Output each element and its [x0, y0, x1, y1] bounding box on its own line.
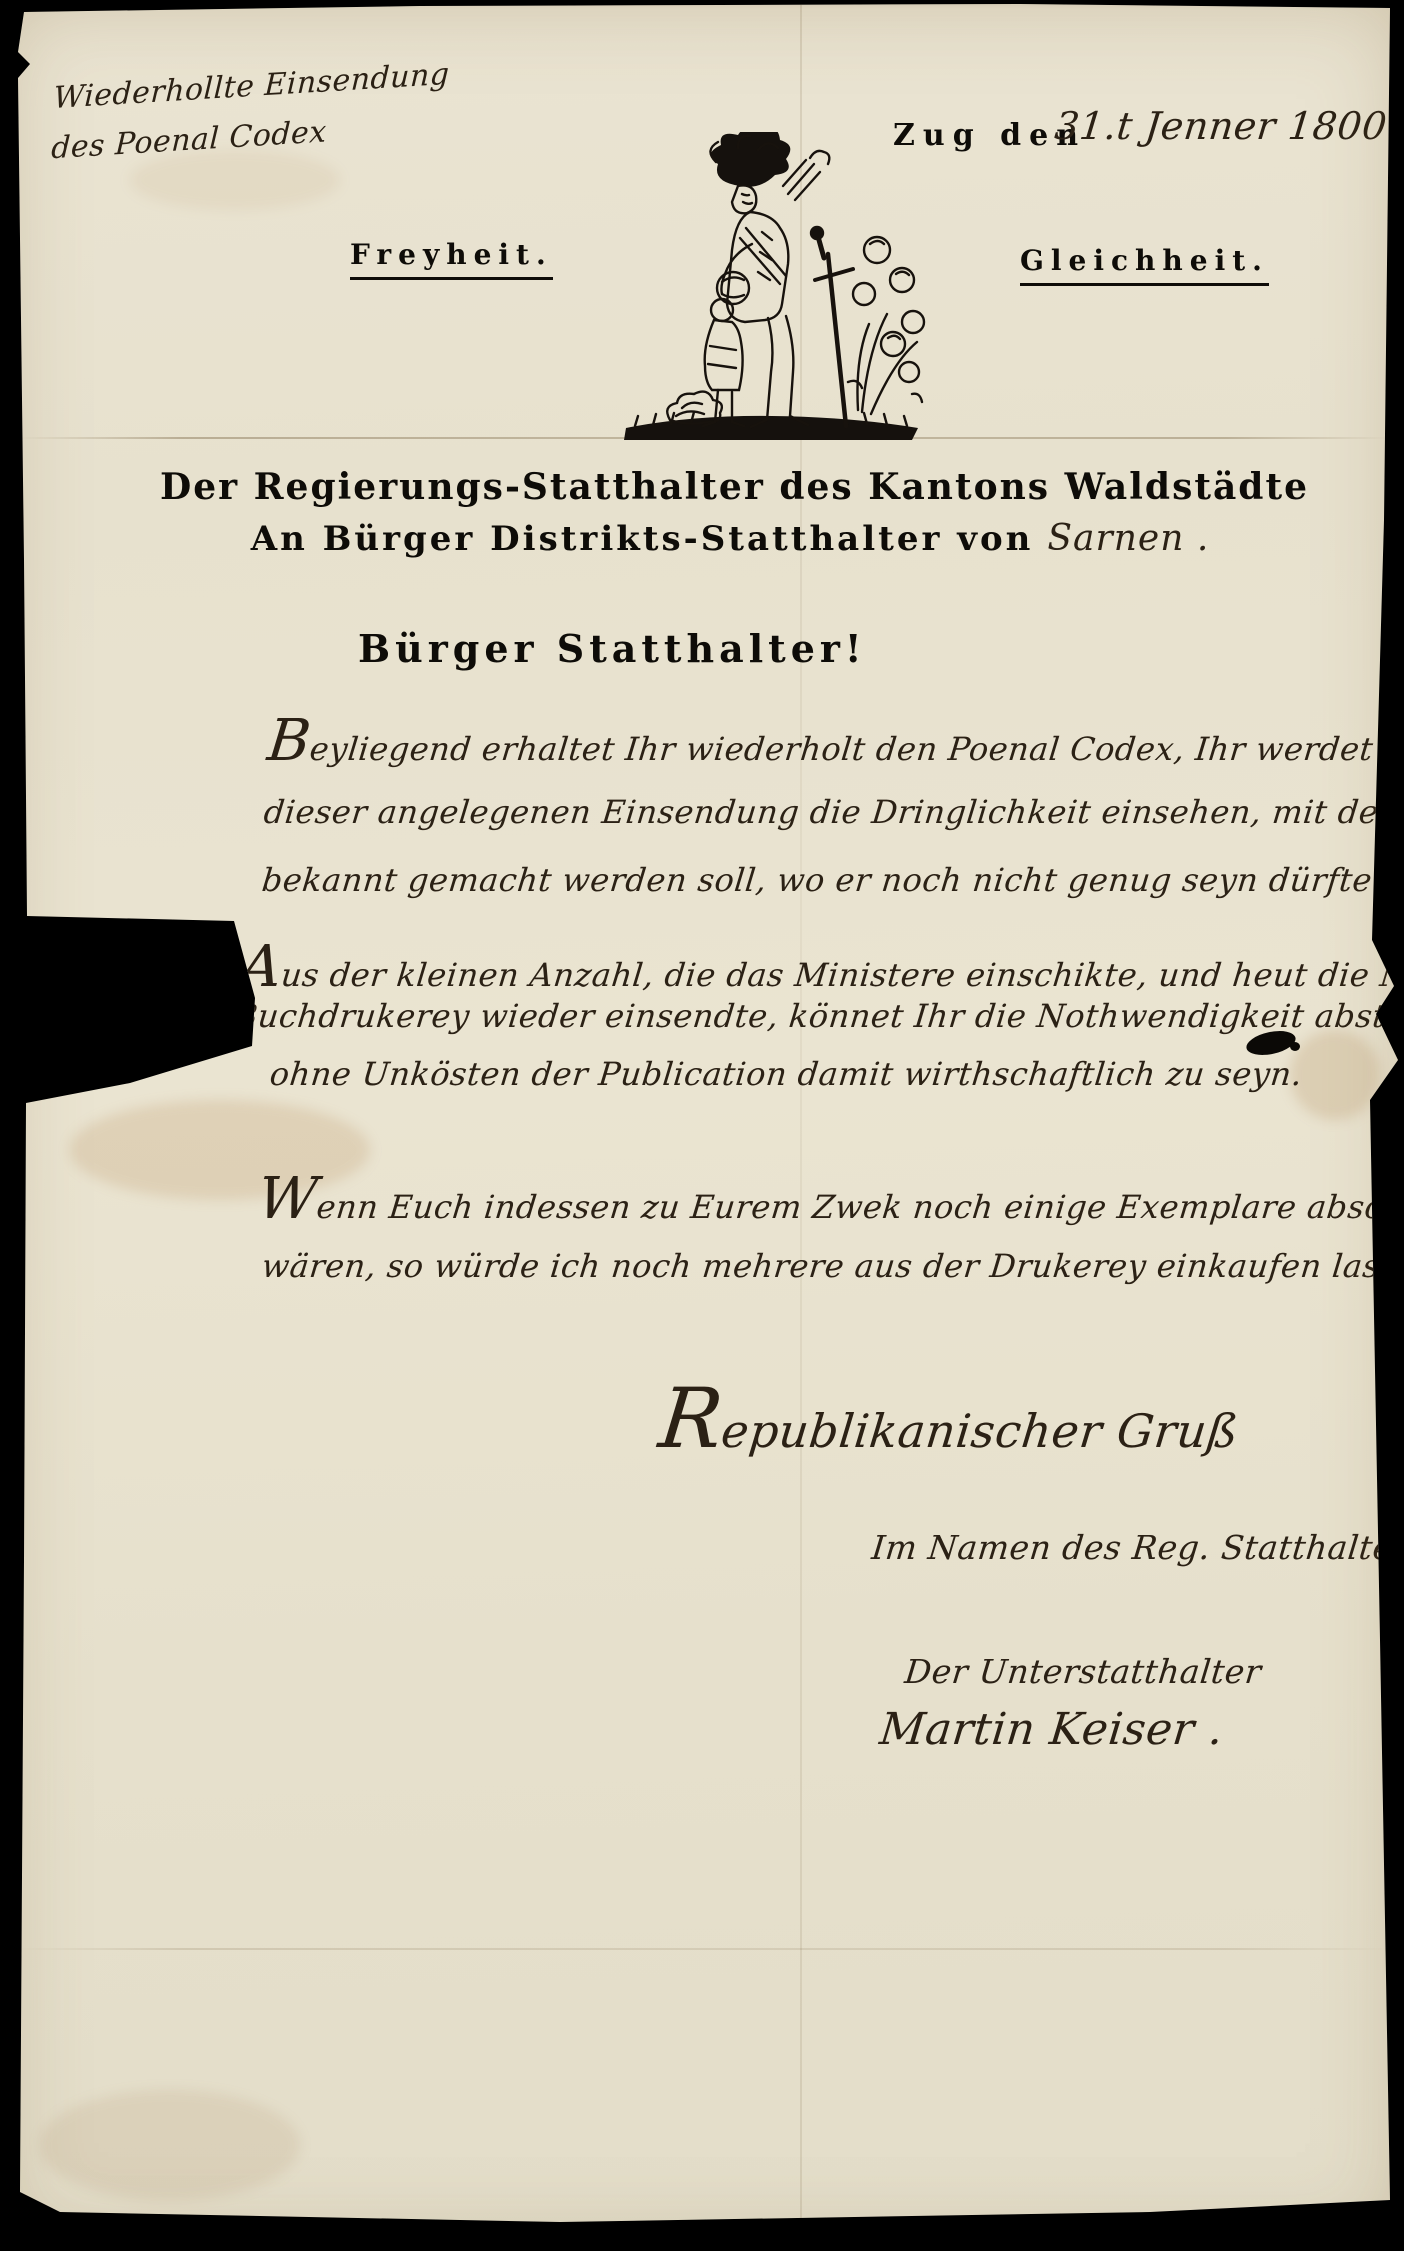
motto-freyheit: Freyheit. [350, 238, 553, 280]
dateline-date-handwritten: 31.t Jenner 1800 [1053, 104, 1390, 148]
letterhead-line-2: An Bürger Distrikts-Statthalter von Sarn… [200, 518, 1260, 559]
closing-greeting: Republikanischer Gruß [655, 1370, 1245, 1467]
salutation: Bürger Statthalter! [358, 626, 867, 671]
letterhead-line-2-printed: An Bürger Distrikts-Statthalter von [251, 519, 1034, 559]
docket-note: Wiederhollte Einsendung des Poenal Codex [50, 50, 450, 175]
body-p2-line1: Aus der kleinen Anzahl, die das Minister… [237, 938, 1404, 996]
signature: Martin Keiser . [877, 1704, 1226, 1755]
william-tell-woodcut-icon [612, 132, 932, 450]
closing-in-name: Im Namen des Reg. Statthalters [870, 1528, 1404, 1567]
closing-title: Der Unterstatthalter [903, 1652, 1263, 1691]
body-p3-line1: Wenn Euch indessen zu Eurem Zwek noch ei… [255, 1170, 1404, 1228]
stain-bottom-left [40, 2090, 300, 2200]
ink-blot-small [1290, 1042, 1300, 1051]
stain-right-edge [1290, 1030, 1380, 1120]
letterhead-line-1: Der Regierungs-Statthalter des Kantons W… [160, 466, 1250, 508]
scanned-letter-canvas: Wiederhollte Einsendung des Poenal Codex… [0, 0, 1404, 2251]
fold-crease-lower [18, 1948, 1390, 1950]
body-p1-line2: dieser angelegenen Einsendung die Dringl… [262, 796, 1404, 828]
body-p1-line1: Beyliegend erhaltet Ihr wiederholt den P… [265, 712, 1404, 770]
paper-sheet: Wiederhollte Einsendung des Poenal Codex… [0, 0, 1404, 2251]
body-p2-line2: Buchdrukerey wieder einsendte, könnet Ih… [232, 1000, 1404, 1032]
body-p3-line2: wären, so würde ich noch mehrere aus der… [260, 1250, 1404, 1282]
letterhead-addressee-handwritten: Sarnen . [1047, 518, 1209, 559]
body-p1-line3: bekannt gemacht werden soll, wo er noch … [260, 864, 1384, 896]
body-p2-line3: ohne Unkösten der Publication damit wirt… [268, 1058, 1304, 1090]
motto-gleichheit: Gleichheit. [1020, 244, 1269, 286]
